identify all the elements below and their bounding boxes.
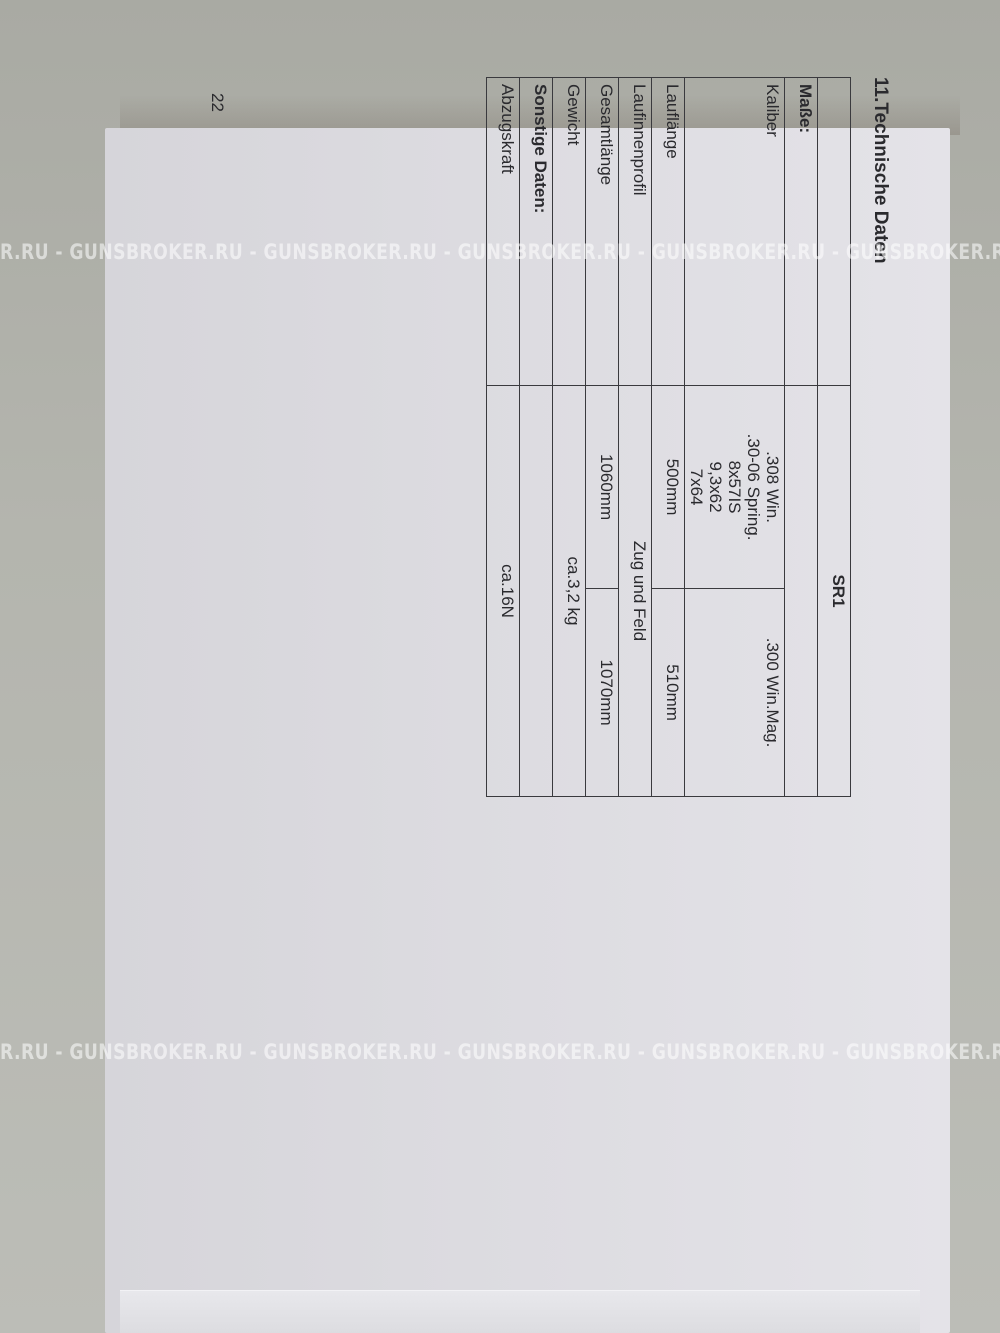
section-title: 11.Technische Daten: [869, 77, 891, 264]
table-header-row: SR1: [818, 78, 851, 797]
caliber-item: 8x57IS: [725, 392, 744, 582]
caliber-item: .308 Win.: [763, 392, 782, 582]
caliber-magnum: .300 Win.Mag.: [685, 589, 785, 797]
table-row-laufinnenprofil: Laufinnenprofil Zug und Feld: [619, 78, 652, 797]
caliber-item: 7x64: [687, 392, 706, 582]
cell-value: 510mm: [652, 589, 685, 797]
caliber-item: .30-06 Spring.: [744, 392, 763, 582]
cell-value: ca.3,2 kg: [553, 386, 586, 797]
page-fold: [120, 1290, 920, 1333]
cell-value: Zug und Feld: [619, 386, 652, 797]
watermark-strip: R.RU - GUNSBROKER.RU - GUNSBROKER.RU - G…: [0, 240, 1000, 270]
row-label: Kaliber: [685, 78, 785, 386]
page-number: 22: [207, 93, 227, 112]
header-label-cell: [818, 78, 851, 386]
table-row-gesamtlaenge: Gesamtlänge 1060mm 1070mm: [586, 78, 619, 797]
cell-value: 1060mm: [586, 386, 619, 589]
table-row-lauflaenge: Lauflänge 500mm 510mm: [652, 78, 685, 797]
caliber-item: 9,3x62: [706, 392, 725, 582]
watermark-strip: R.RU - GUNSBROKER.RU - GUNSBROKER.RU - G…: [0, 1040, 1000, 1070]
cell-value: 500mm: [652, 386, 685, 589]
section-row-masse: Maße:: [785, 78, 818, 797]
row-label: Gewicht: [553, 78, 586, 386]
section-heading-sonstige: Sonstige Daten:: [520, 78, 553, 386]
row-label: Gesamtlänge: [586, 78, 619, 386]
table-row-kaliber: Kaliber .308 Win. .30-06 Spring. 8x57IS …: [685, 78, 785, 797]
model-name: SR1: [818, 386, 851, 797]
table-row-gewicht: Gewicht ca.3,2 kg: [553, 78, 586, 797]
row-label: Laufinnenprofil: [619, 78, 652, 386]
table-row-abzugskraft: Abzugskraft ca.16N: [487, 78, 520, 797]
row-label: Abzugskraft: [487, 78, 520, 386]
section-heading-masse: Maße:: [785, 78, 818, 386]
cell-value: 1070mm: [586, 589, 619, 797]
row-label: Lauflänge: [652, 78, 685, 386]
caliber-list-standard: .308 Win. .30-06 Spring. 8x57IS 9,3x62 7…: [685, 386, 785, 589]
technical-data-table: SR1 Maße: Kaliber .308 Win. .30-06 Sprin…: [486, 77, 851, 797]
cell-value: ca.16N: [487, 386, 520, 797]
section-row-sonstige: Sonstige Daten:: [520, 78, 553, 797]
